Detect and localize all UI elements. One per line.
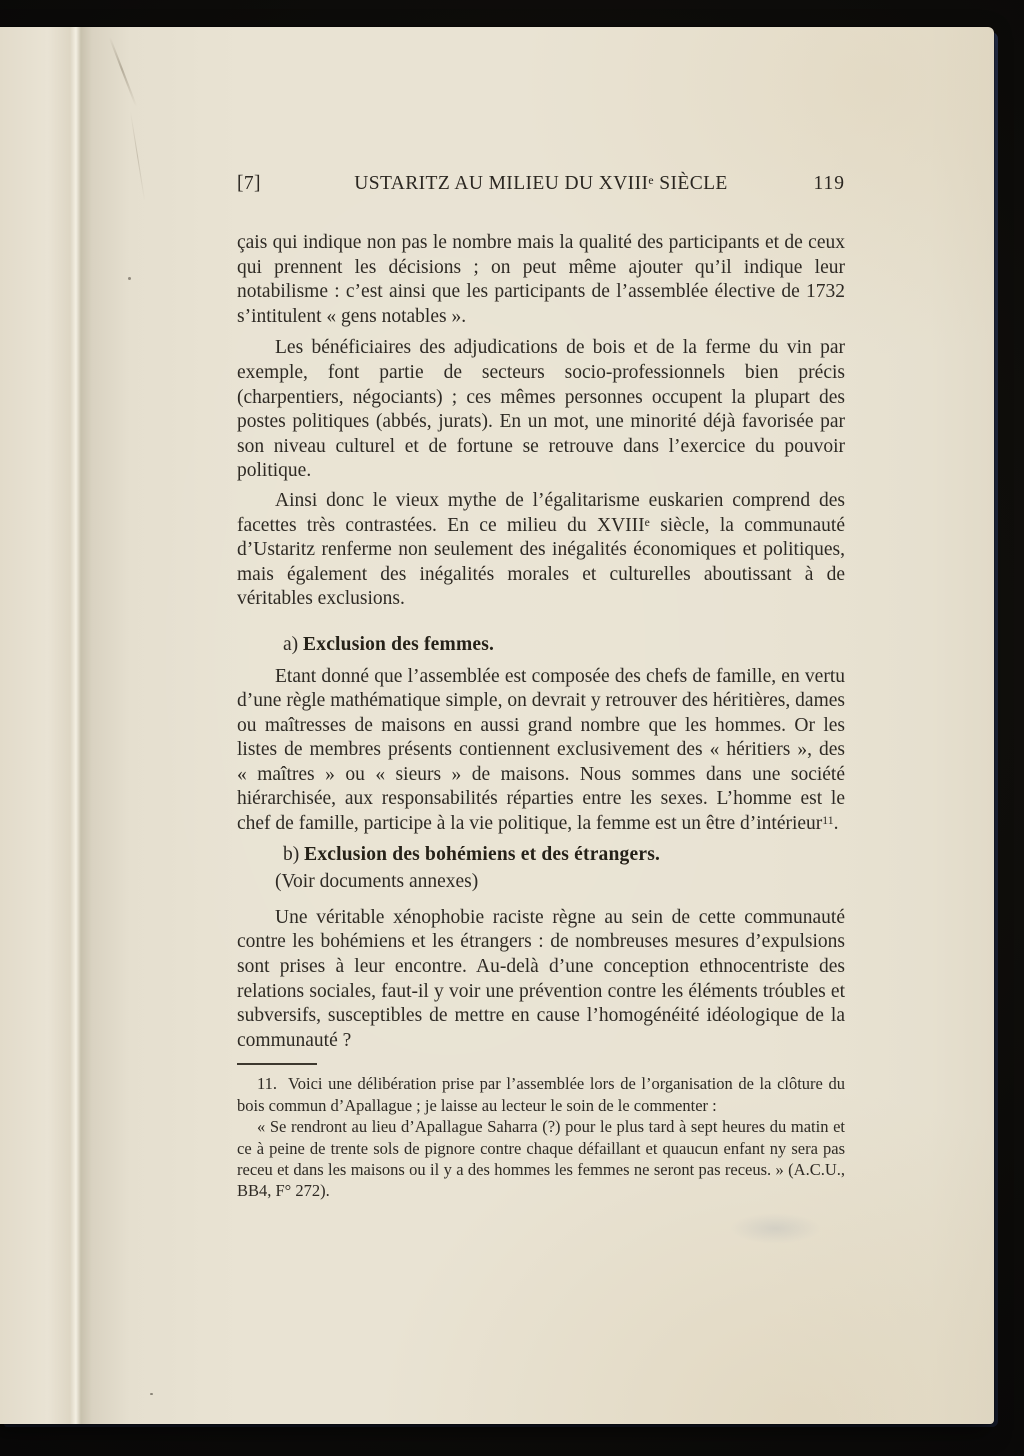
section-label: a) <box>283 634 298 655</box>
page-number: 119 <box>753 172 845 196</box>
dust-speck <box>128 277 131 280</box>
page-content: [7] USTARITZ AU MILIEU DU XVIIIe SIÈCLE … <box>237 27 845 1202</box>
paper-crease-mark <box>130 111 145 200</box>
dust-speck <box>150 1393 153 1395</box>
paragraph: Ainsi donc le vieux mythe de l’égalitari… <box>237 489 845 612</box>
footnotes-block: 11. Voici une délibération prise par l’a… <box>237 1073 845 1201</box>
footnote-divider-rule <box>237 1063 317 1065</box>
page-header: [7] USTARITZ AU MILIEU DU XVIIIe SIÈCLE … <box>237 172 845 196</box>
book-page: [7] USTARITZ AU MILIEU DU XVIIIe SIÈCLE … <box>0 27 994 1424</box>
section-heading-b: b) Exclusion des bohémiens et des étrang… <box>237 843 845 868</box>
paragraph-continuation: çais qui indique non pas le nombre mais … <box>237 231 845 329</box>
paragraph: Etant donné que l’assemblée est composée… <box>237 665 845 837</box>
footnote: 11. Voici une délibération prise par l’a… <box>237 1073 845 1116</box>
section-heading-a: a) Exclusion des femmes. <box>237 633 845 658</box>
paragraph: Les bénéficiaires des adjudications de b… <box>237 336 845 484</box>
running-title: USTARITZ AU MILIEU DU XVIIIe SIÈCLE <box>329 172 753 196</box>
section-label: b) <box>283 844 299 865</box>
footnote-quotation: « Se rendront au lieu d’Apallague Saharr… <box>237 1116 845 1202</box>
paragraph: Une véritable xénophobie raciste règne a… <box>237 906 845 1054</box>
section-title: Exclusion des femmes. <box>303 634 494 655</box>
section-title: Exclusion des bohémiens et des étrangers… <box>304 844 660 865</box>
paper-crease-mark <box>109 37 137 107</box>
header-bracket-number: [7] <box>237 172 329 196</box>
annex-reference-note: (Voir documents annexes) <box>237 870 845 895</box>
